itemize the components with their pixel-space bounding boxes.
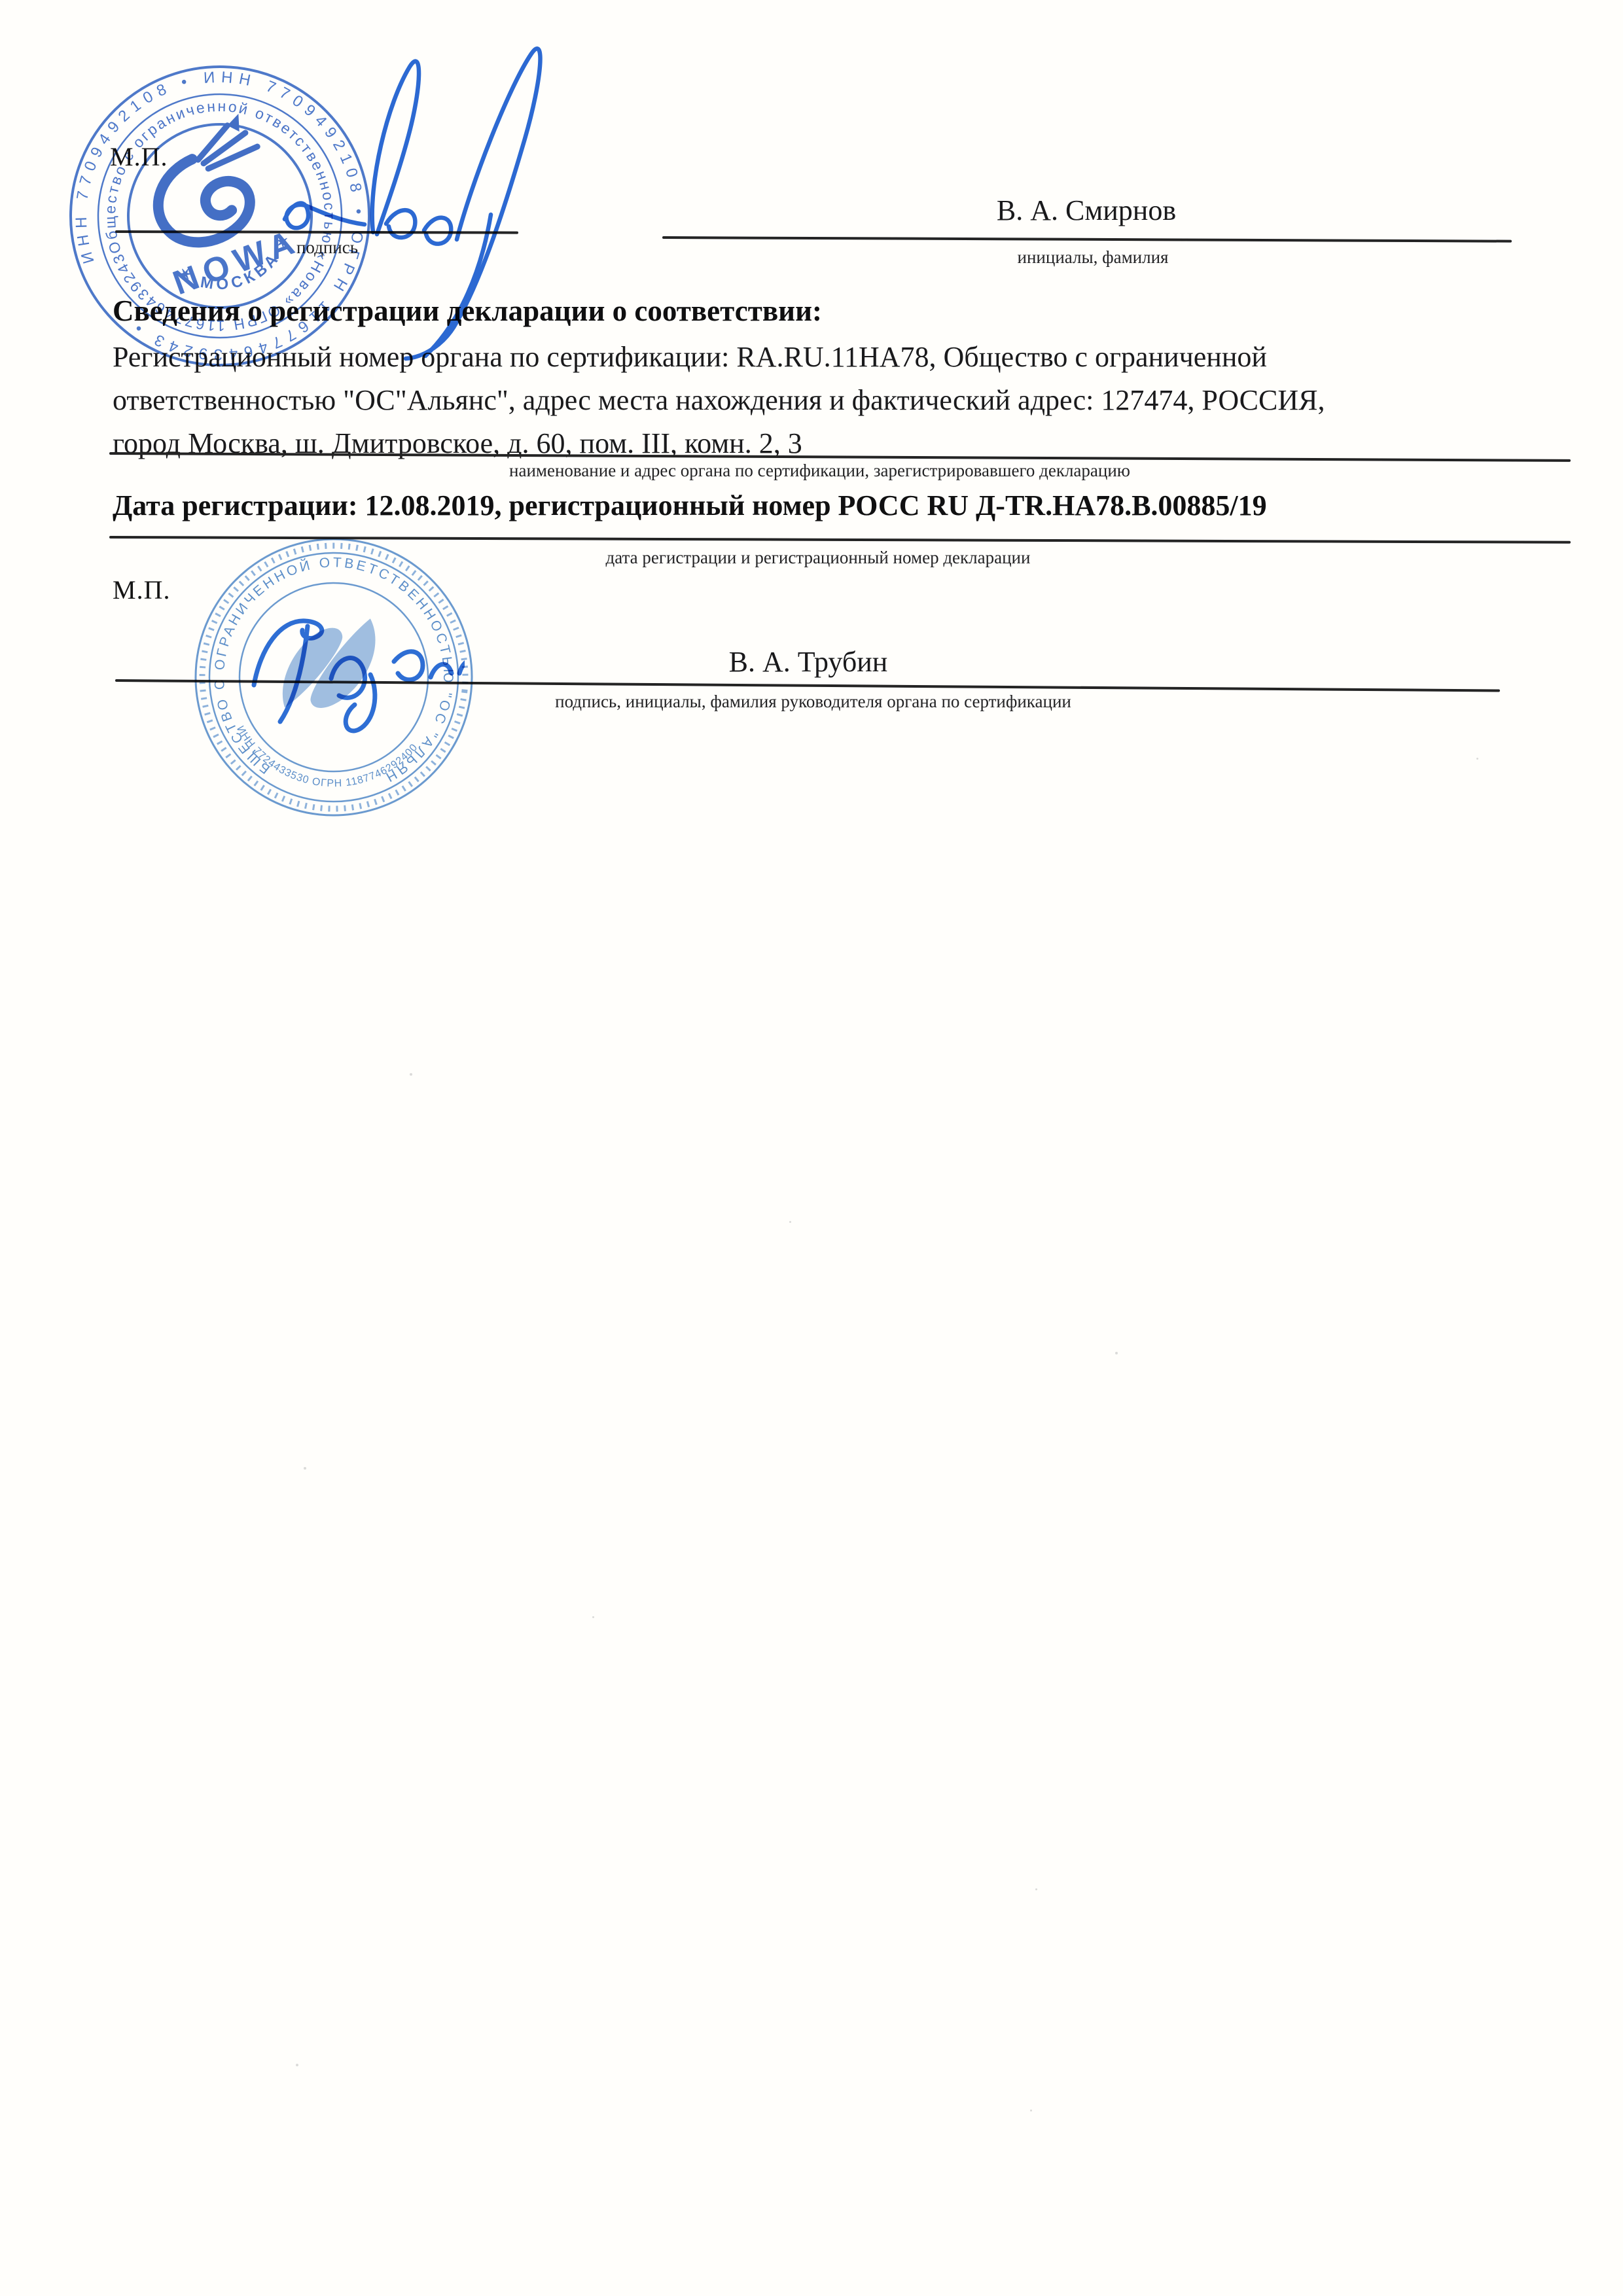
scan-speck xyxy=(296,2064,298,2066)
certification-head-name: В. А. Трубин xyxy=(694,645,923,679)
scan-speck xyxy=(1115,1352,1118,1354)
name-line-caption: инициалы, фамилия xyxy=(897,247,1289,268)
name-line xyxy=(662,236,1512,243)
registration-date-line: Дата регистрации: 12.08.2019, регистраци… xyxy=(113,489,1267,522)
trubin-handwritten-signature xyxy=(242,599,465,736)
certification-signature-caption: подпись, инициалы, фамилия руководителя … xyxy=(419,692,1207,712)
scanned-declaration-page: М.П. подпись В. А. Смирнов инициалы, фам… xyxy=(0,0,1623,2296)
seal-placeholder-label-bottom: М.П. xyxy=(113,574,170,605)
scan-speck xyxy=(1030,2110,1032,2111)
applicant-head-name: В. А. Смирнов xyxy=(890,194,1283,227)
scan-speck xyxy=(410,1073,412,1076)
certification-body-caption: наименование и адрес органа по сертифика… xyxy=(425,461,1214,481)
scan-speck xyxy=(1476,758,1478,760)
smirnov-handwritten-signature xyxy=(275,26,556,366)
scan-speck xyxy=(304,1467,306,1470)
scan-speck xyxy=(592,1616,594,1618)
scan-speck xyxy=(789,1221,791,1223)
body-line-2: ответственностью "ОС"Альянс", адрес мест… xyxy=(113,379,1325,422)
registration-date-caption: дата регистрации и регистрационный номер… xyxy=(425,548,1211,568)
scan-speck xyxy=(1035,1888,1037,1890)
